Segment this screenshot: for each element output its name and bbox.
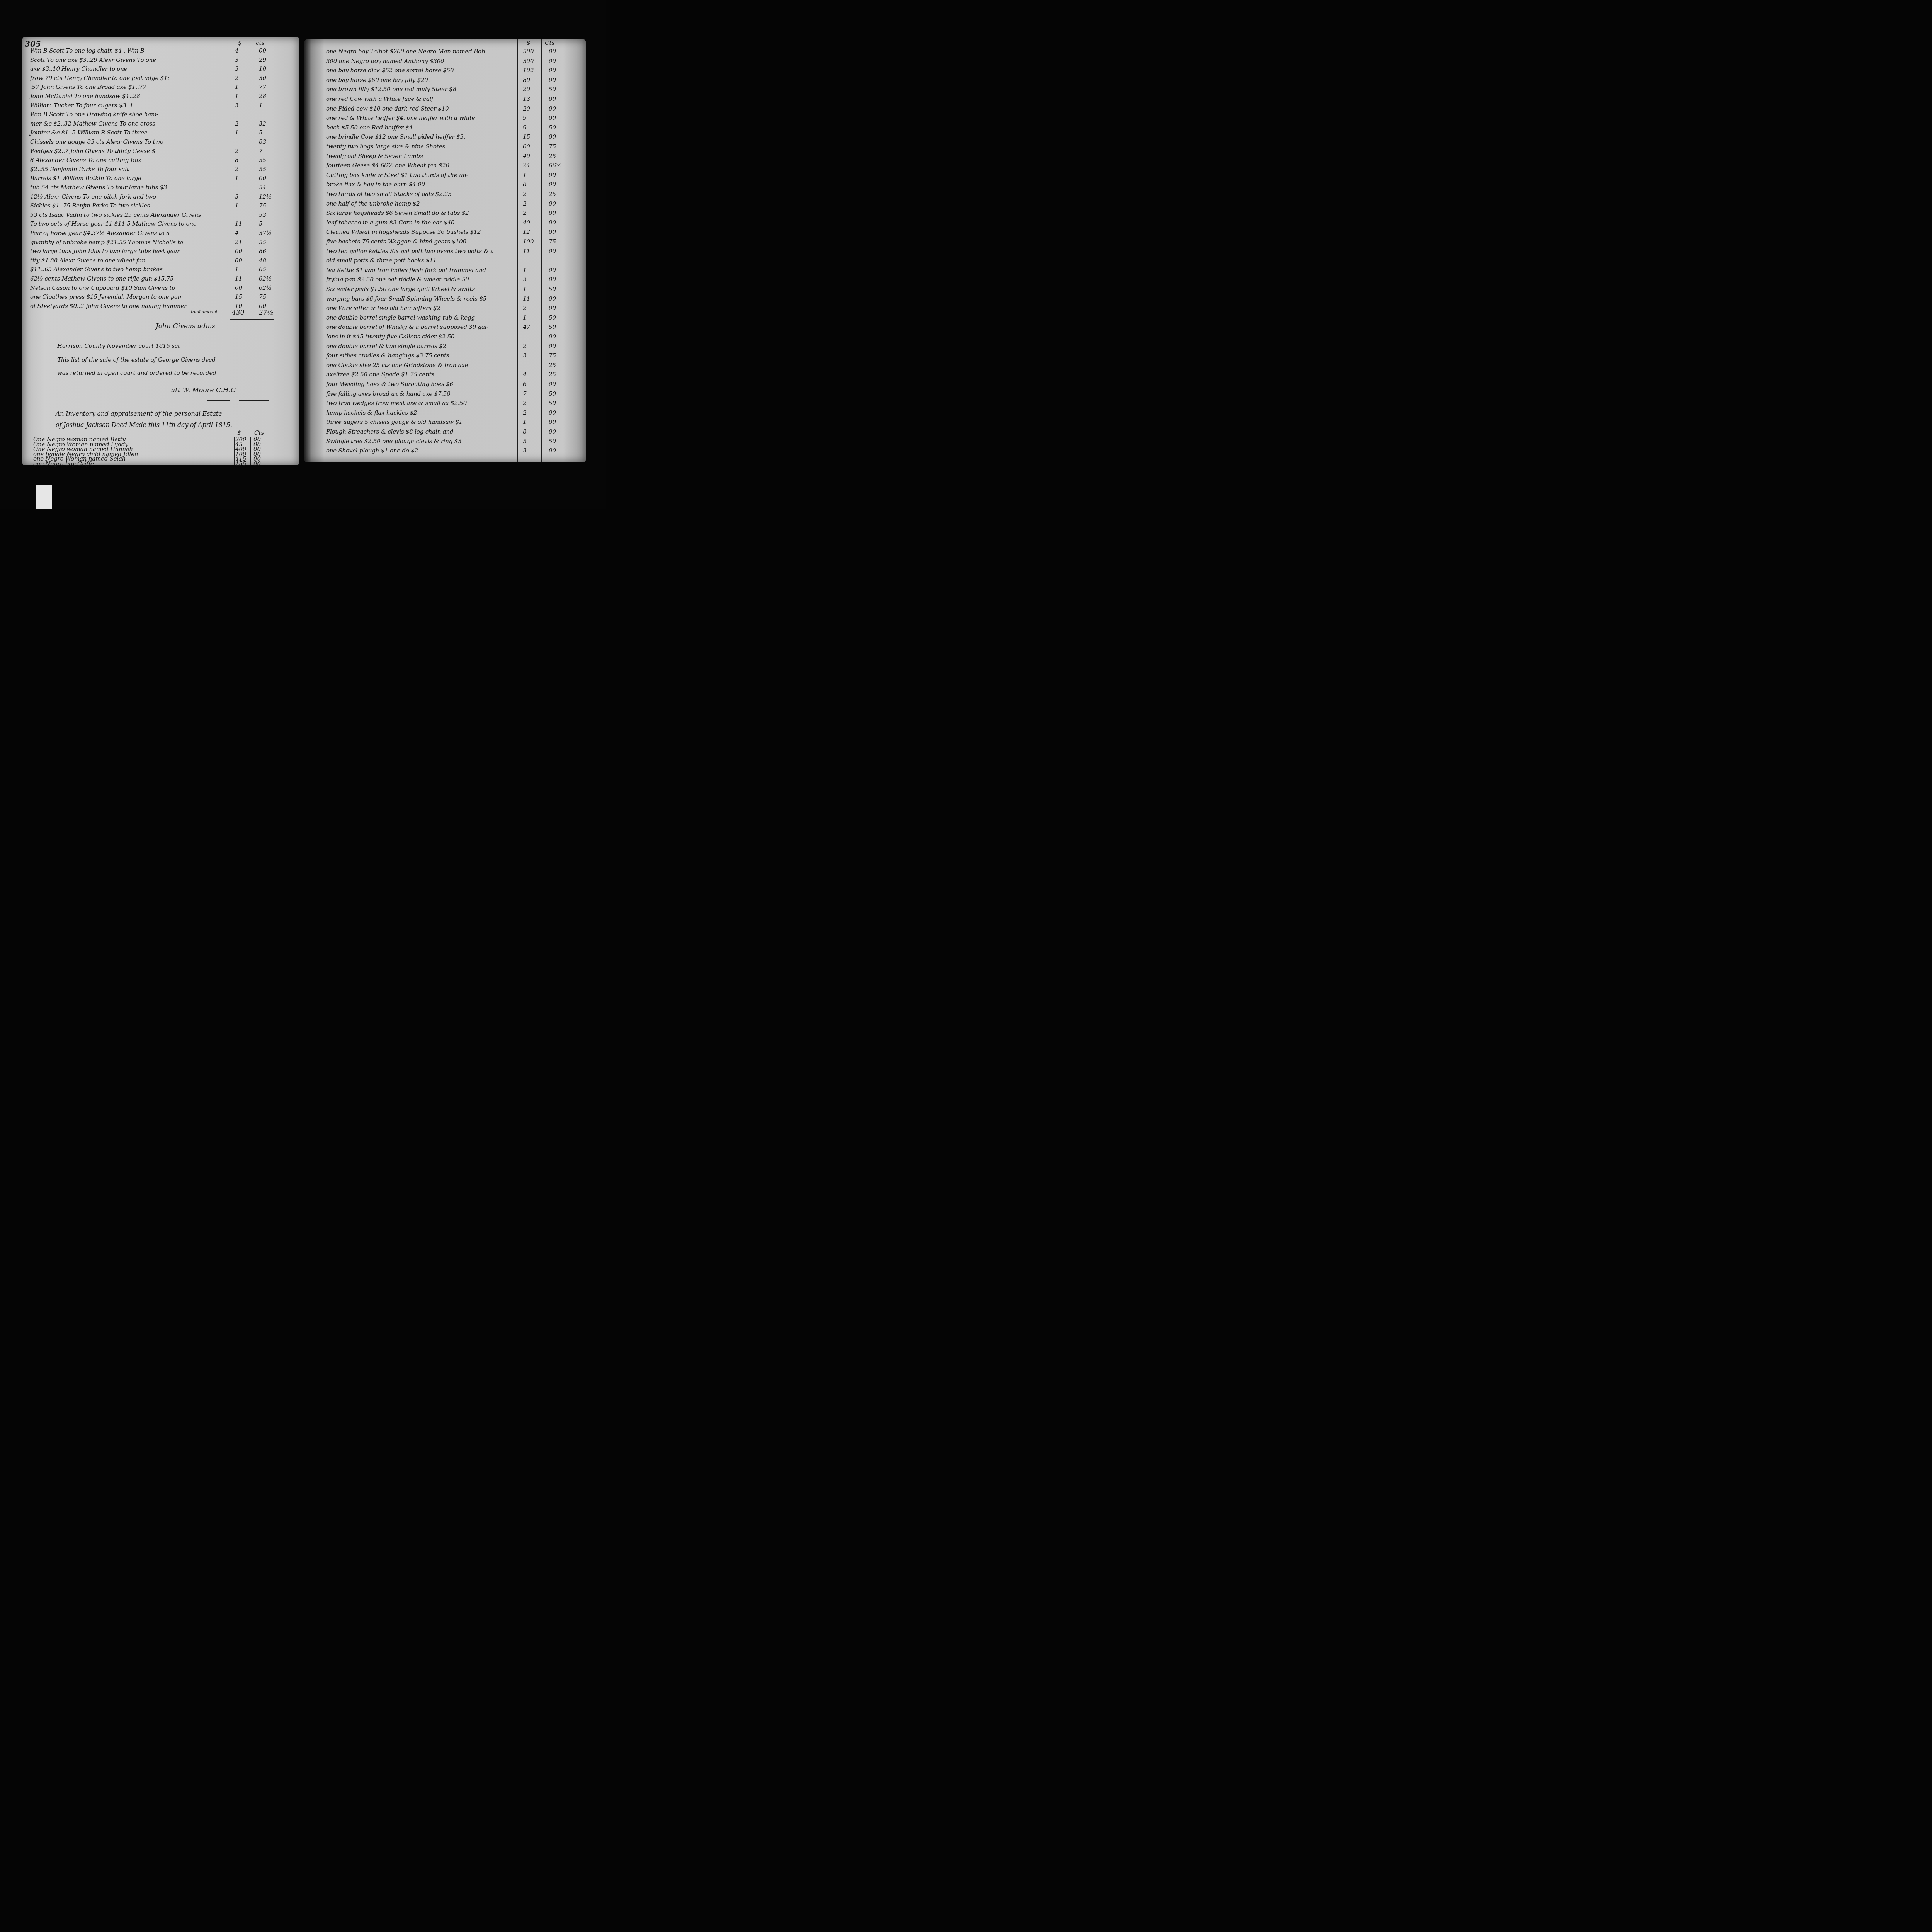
entry-text: two thirds of two small Stacks of oats $… (326, 190, 452, 197)
entry-dollars: 1 (235, 93, 239, 100)
entry-text: fourteen Geese $4.66⅔ one Wheat fan $20 (326, 162, 449, 169)
entry-text: one double barrel & two single barrels $… (326, 343, 446, 350)
entry-cents: 48 (259, 257, 266, 264)
entry-cents: 00 (549, 77, 556, 83)
entry-dollars: 60 (523, 143, 530, 150)
entry-dollars: 5 (523, 438, 527, 445)
entry-cents: 50 (549, 314, 556, 321)
entry-dollars: 4 (235, 230, 239, 236)
total-dollars: 430 (232, 309, 244, 316)
entry-dollars: 3 (235, 102, 239, 109)
entry-cents: 53 (259, 211, 266, 218)
entry-text: William Tucker To four augers $3..1 (30, 102, 133, 109)
entry-cents: 25 (549, 371, 556, 378)
entry-cents: 7 (259, 148, 263, 155)
entry-cents: 00 (549, 295, 556, 302)
entry-text: frow 79 cts Henry Chandler to one foot a… (30, 75, 169, 82)
entry-dollars: 12 (523, 228, 530, 235)
entry-dollars: 1 (523, 314, 527, 321)
entry-cents: 50 (549, 438, 556, 445)
entry-dollars: 3 (235, 56, 239, 63)
entry-text: Jointer &c $1..5 William B Scott To thre… (30, 129, 147, 136)
entry-text: one red Cow with a White face & calf (326, 95, 433, 102)
entry-dollars: 24 (523, 162, 530, 169)
entry-cents: 00 (259, 175, 266, 182)
cents-column-rule (541, 39, 542, 462)
entry-dollars: 2 (235, 75, 239, 82)
entry-dollars: 2 (235, 148, 239, 155)
entry-dollars: 4 (523, 371, 527, 378)
entry-cents: 50 (549, 390, 556, 397)
entry-cents: 55 (259, 239, 266, 246)
entry-cents: 00 (549, 418, 556, 425)
left-ledger-page: 305 $ cts Wm B Scott To one log chain $4… (22, 37, 299, 465)
entry-text: Barrels $1 William Botkin To one large (30, 175, 141, 182)
inventory-cents-header: Cts (254, 429, 264, 436)
entry-cents: 00 (549, 200, 556, 207)
entry-cents: 00 (549, 343, 556, 350)
right-ledger-page: $ Cts one Negro boy Talbot $200 one Negr… (304, 39, 586, 462)
entry-dollars: 15 (523, 133, 530, 140)
separator-rule-a (207, 400, 230, 401)
entry-text: 8 Alexander Givens To one cutting Box (30, 156, 141, 163)
entry-text: tub 54 cts Mathew Givens To four large t… (30, 184, 169, 191)
entry-cents: 30 (259, 75, 266, 82)
entry-dollars: 2 (523, 190, 527, 197)
entry-text: Wedges $2..7 John Givens To thirty Geese… (30, 148, 155, 155)
entry-text: lons in it $45 twenty five Gallons cider… (326, 333, 454, 340)
total-rule (230, 308, 274, 308)
entry-cents: 00 (549, 209, 556, 216)
entry-text: Wm B Scott To one Drawing knife shoe ham… (30, 111, 158, 118)
entry-dollars: 1 (523, 172, 527, 179)
entry-text: frying pan $2.50 one oat riddle & wheat … (326, 276, 469, 283)
entry-dollars: 11 (523, 295, 530, 302)
entry-dollars: 00 (235, 284, 242, 291)
entry-dollars: 20 (523, 105, 530, 112)
entry-cents: 55 (259, 156, 266, 163)
inventory-heading-1: An Inventory and appraisement of the per… (56, 410, 222, 417)
entry-text: broke flax & hay in the barn $4.00 (326, 181, 425, 188)
entry-text: axeltree $2.50 one Spade $1 75 cents (326, 371, 434, 378)
total-cents: 27½ (259, 309, 274, 316)
cents-header: Cts (545, 39, 554, 46)
entry-text: 12½ Alexr Givens To one pitch fork and t… (30, 193, 156, 200)
entry-dollars: 3 (235, 65, 239, 72)
entry-cents: 83 (259, 138, 266, 145)
entry-dollars: 1 (235, 266, 239, 273)
entry-cents: 00 (549, 304, 556, 311)
entry-cents: 00 (549, 219, 556, 226)
entry-cents: 65 (259, 266, 266, 273)
entry-dollars: 2 (523, 343, 527, 350)
entry-cents: 77 (259, 83, 266, 90)
entry-text: 62½ cents Mathew Givens to one rifle gun… (30, 275, 173, 282)
entry-cents: 50 (549, 86, 556, 93)
entry-dollars: 155 (235, 460, 247, 467)
entry-cents: 62½ (259, 275, 272, 282)
entry-cents: 00 (549, 333, 556, 340)
entry-cents: 50 (549, 323, 556, 330)
entry-dollars: 1 (523, 286, 527, 293)
entry-text: one Cloathes press $15 Jeremiah Morgan t… (30, 293, 182, 300)
dollars-column-rule (517, 39, 518, 462)
entry-dollars: 2 (523, 209, 527, 216)
entry-dollars: 102 (523, 67, 534, 74)
entry-dollars: 47 (523, 323, 530, 330)
inventory-heading-2: of Joshua Jackson Decd Made this 11th da… (56, 421, 232, 429)
entry-dollars: 8 (523, 428, 527, 435)
entry-cents: 10 (259, 65, 266, 72)
entry-cents: 00 (549, 114, 556, 121)
entry-dollars: 2 (523, 409, 527, 416)
entry-cents: 75 (549, 238, 556, 245)
entry-cents: 12½ (259, 193, 272, 200)
entry-dollars: 300 (523, 58, 534, 65)
entry-cents: 00 (549, 105, 556, 112)
entry-cents: 00 (253, 460, 261, 467)
entry-text: one double barrel single barrel washing … (326, 314, 475, 321)
entry-text: one double barrel of Whisky & a barrel s… (326, 323, 488, 330)
entry-cents: 00 (549, 428, 556, 435)
entry-dollars: 1 (235, 202, 239, 209)
entry-dollars: 80 (523, 77, 530, 83)
entry-dollars: 2 (523, 304, 527, 311)
inventory-dollars-rule (234, 437, 235, 465)
entry-text: three augers 5 chisels gouge & old hands… (326, 418, 463, 425)
entry-cents: 55 (259, 166, 266, 173)
entry-text: Six large hogsheads $6 Seven Small do & … (326, 209, 469, 216)
entry-dollars: 21 (235, 239, 242, 246)
entry-text: two ten gallon kettles Six gal pott two … (326, 248, 494, 255)
entry-cents: 50 (549, 400, 556, 406)
entry-cents: 00 (549, 409, 556, 416)
entry-text: twenty old Sheep & Seven Lambs (326, 153, 423, 160)
entry-cents: 75 (549, 143, 556, 150)
entry-cents: 25 (549, 190, 556, 197)
entry-dollars: 2 (235, 166, 239, 173)
entry-cents: 00 (549, 447, 556, 454)
court-note-line-3: was returned in open court and ordered t… (57, 369, 216, 376)
total-underline (230, 319, 274, 320)
entry-dollars: 4 (235, 47, 239, 54)
entry-text: .57 John Givens To one Broad axe $1..77 (30, 83, 146, 90)
entry-dollars: 500 (523, 48, 534, 55)
entry-text: hemp hackels & flax hackles $2 (326, 409, 417, 416)
inventory-dollars-header: $ (237, 429, 241, 436)
entry-cents: 00 (549, 228, 556, 235)
inventory-cents-rule (250, 437, 251, 465)
entry-dollars: 7 (523, 390, 527, 397)
entry-text: mer &c $2..32 Mathew Givens To one cross (30, 120, 155, 127)
entry-text: Cutting box knife & Steel $1 two thirds … (326, 172, 468, 179)
entry-text: tity $1.88 Alexr Givens to one wheat fan (30, 257, 145, 264)
entry-cents: 75 (259, 293, 266, 300)
entry-text: $2..55 Benjamin Parks To four salt (30, 166, 129, 173)
entry-text: one Negro boy Talbot $200 one Negro Man … (326, 48, 485, 55)
entry-dollars: 00 (235, 257, 242, 264)
entry-dollars: 1 (235, 175, 239, 182)
entry-cents: 00 (549, 133, 556, 140)
entry-text: twenty two hogs large size & nine Shotes (326, 143, 445, 150)
entry-text: five falling axes broad ax & hand axe $7… (326, 390, 451, 397)
entry-cents: 00 (549, 67, 556, 74)
entry-text: one Shovel plough $1 one do $2 (326, 447, 418, 454)
entry-cents: 25 (549, 153, 556, 160)
entry-dollars: 11 (523, 248, 530, 255)
entry-text: axe $3..10 Henry Chandler to one (30, 65, 128, 72)
entry-cents: 50 (549, 124, 556, 131)
entry-dollars: 1 (523, 267, 527, 274)
dollars-column-rule (230, 37, 230, 313)
entry-text: one brindle Cow $12 one Small pided heif… (326, 133, 465, 140)
entry-text: old small potts & three pott hooks $11 (326, 257, 437, 264)
entry-dollars: 15 (235, 293, 242, 300)
dollars-header: $ (238, 39, 242, 46)
entry-dollars: 00 (235, 248, 242, 255)
entry-text: one Wire sifter & two old hair sifters $… (326, 304, 440, 311)
entry-dollars: 100 (523, 238, 534, 245)
entry-text: Plough Streachers & clevis $8 log chain … (326, 428, 453, 435)
entry-text: quantity of unbroke hemp $21.55 Thomas N… (30, 239, 183, 246)
entry-dollars: 20 (523, 86, 530, 93)
entry-cents: 25 (549, 362, 556, 369)
administrator-signature: John Givens adms (156, 322, 215, 330)
entry-text: Scott To one axe $3..29 Alexr Givens To … (30, 56, 156, 63)
entry-text: four sithes cradles & hangings $3 75 cen… (326, 352, 449, 359)
entry-cents: 00 (549, 381, 556, 388)
entry-cents: 00 (549, 181, 556, 188)
entry-dollars: 9 (523, 114, 527, 121)
entry-cents: 00 (549, 58, 556, 65)
entry-text: tea Kettle $1 two Iron ladles flesh fork… (326, 267, 486, 274)
entry-text: 53 cts Isaac Vadin to two sickles 25 cen… (30, 211, 201, 218)
entry-text: five baskets 75 cents Waggon & hind gear… (326, 238, 466, 245)
entry-text: one brown filly $12.50 one red muly Stee… (326, 86, 456, 93)
entry-dollars: 9 (523, 124, 527, 131)
entry-cents: 00 (549, 95, 556, 102)
entry-text: $11..65 Alexander Givens to two hemp bra… (30, 266, 163, 273)
entry-text: Cleaned Wheat in hogsheads Suppose 36 bu… (326, 228, 481, 235)
court-note-line-2: This list of the sale of the estate of G… (57, 356, 216, 363)
entry-text: one half of the unbroke hemp $2 (326, 200, 420, 207)
entry-cents: 00 (549, 172, 556, 179)
entry-text: warping bars $6 four Small Spinning Whee… (326, 295, 486, 302)
entry-cents: 5 (259, 220, 263, 227)
clerk-attestation: att W. Moore C.H.C (171, 386, 236, 394)
entry-text: one Negro boy Griffe (33, 460, 94, 467)
entry-cents: 50 (549, 286, 556, 293)
entry-text: 300 one Negro boy named Anthony $300 (326, 58, 444, 65)
entry-text: Nelson Cason to one Cupboard $10 Sam Giv… (30, 284, 175, 291)
film-frame-marker (36, 485, 52, 509)
entry-dollars: 1 (523, 418, 527, 425)
entry-cents: 1 (259, 102, 263, 109)
entry-cents: 00 (549, 267, 556, 274)
cents-column-rule (253, 37, 253, 323)
entry-dollars: 3 (523, 276, 527, 283)
entry-cents: 29 (259, 56, 266, 63)
entry-dollars: 11 (235, 220, 242, 227)
entry-text: four Weeding hoes & two Sprouting hoes $… (326, 381, 453, 388)
entry-dollars: 3 (523, 352, 527, 359)
entry-dollars: 13 (523, 95, 530, 102)
entry-text: Chissels one gouge 83 cts Alexr Givens T… (30, 138, 163, 145)
total-label: total amount (191, 310, 218, 315)
entry-dollars: 2 (523, 200, 527, 207)
entry-text: one red & White heiffer $4. one heiffer … (326, 114, 475, 121)
entry-dollars: 1 (235, 83, 239, 90)
entry-text: Wm B Scott To one log chain $4 . Wm B (30, 47, 145, 54)
entry-dollars: 1 (235, 129, 239, 136)
entry-text: one Cockle sive 25 cts one Grindstone & … (326, 362, 468, 369)
entry-dollars: 8 (235, 156, 239, 163)
entry-text: two large tubs John Ellis to two large t… (30, 248, 180, 255)
entry-cents: 00 (259, 47, 266, 54)
entry-cents: 00 (549, 248, 556, 255)
entry-dollars: 3 (523, 447, 527, 454)
entry-text: one bay horse dick $52 one sorrel horse … (326, 67, 454, 74)
entry-cents: 00 (549, 48, 556, 55)
entry-cents: 75 (259, 202, 266, 209)
entry-text: of Steelyards $0..2 John Givens to one n… (30, 303, 187, 310)
entry-text: back $5.50 one Red heiffer $4 (326, 124, 413, 131)
entry-text: Pair of horse gear $4.37½ Alexander Give… (30, 230, 170, 236)
entry-text: Sickles $1..75 Benjm Parks To two sickle… (30, 202, 150, 209)
cents-header: cts (256, 39, 264, 46)
entry-text: one Pided cow $10 one dark red Steer $10 (326, 105, 449, 112)
court-note-line-1: Harrison County November court 1815 sct (57, 342, 180, 349)
entry-cents: 86 (259, 248, 266, 255)
entry-dollars: 3 (235, 193, 239, 200)
entry-cents: 54 (259, 184, 266, 191)
entry-dollars: 6 (523, 381, 527, 388)
entry-dollars: 40 (523, 153, 530, 160)
entry-dollars: 2 (235, 120, 239, 127)
entry-text: To two sets of Horse gear 11 $11.5 Mathe… (30, 220, 196, 227)
entry-cents: 37½ (259, 230, 272, 236)
entry-cents: 32 (259, 120, 266, 127)
entry-text: John McDaniel To one handsaw $1..28 (30, 93, 140, 100)
entry-text: Swingle tree $2.50 one plough clevis & r… (326, 438, 461, 445)
separator-rule-b (239, 400, 269, 401)
entry-cents: 28 (259, 93, 266, 100)
entry-text: leaf tobacco in a gum $3 Corn in the ear… (326, 219, 454, 226)
entry-text: Six water pails $1.50 one large quill Wh… (326, 286, 475, 293)
entry-cents: 62½ (259, 284, 272, 291)
entry-cents: 66⅔ (549, 162, 562, 169)
dollars-header: $ (527, 39, 531, 46)
entry-text: two Iron wedges frow meat axe & small ax… (326, 400, 467, 406)
entry-dollars: 2 (523, 400, 527, 406)
entry-cents: 00 (549, 276, 556, 283)
entry-cents: 75 (549, 352, 556, 359)
entry-dollars: 11 (235, 275, 242, 282)
entry-dollars: 8 (523, 181, 527, 188)
entry-cents: 5 (259, 129, 263, 136)
entry-text: one bay horse $60 one bay filly $20. (326, 77, 430, 83)
entry-dollars: 40 (523, 219, 530, 226)
